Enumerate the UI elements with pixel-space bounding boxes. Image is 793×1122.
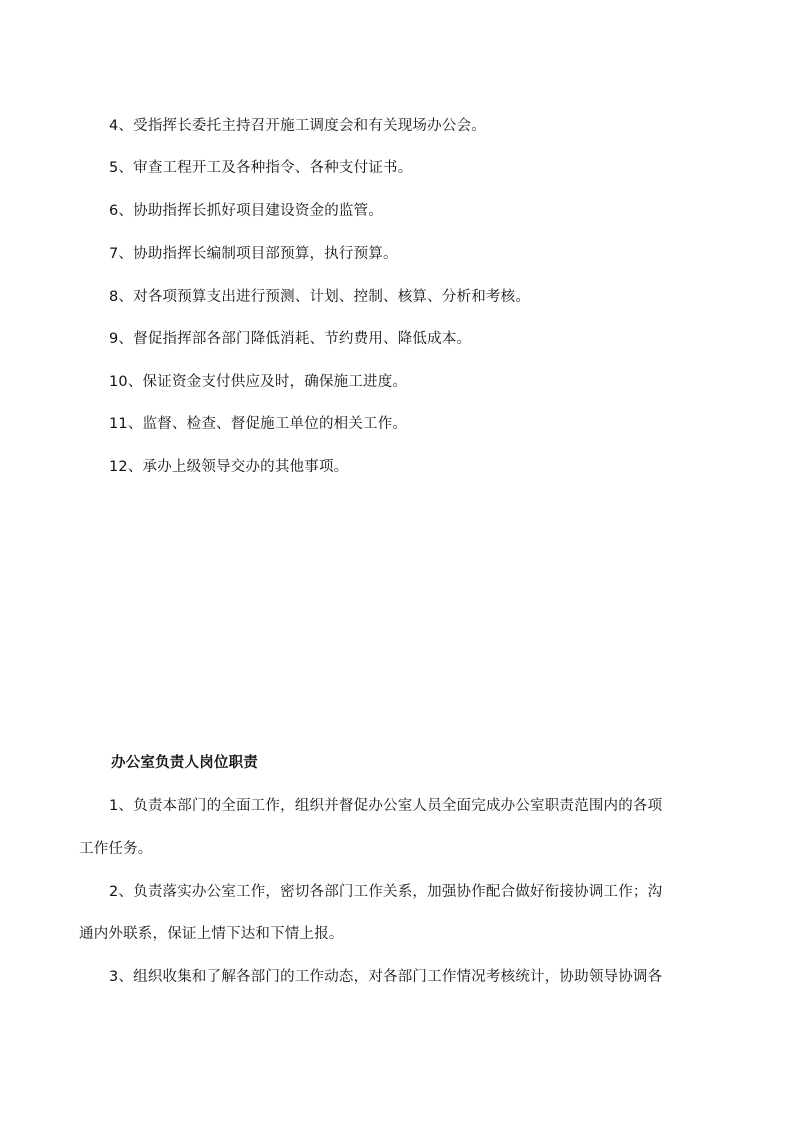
list-item: 8、对各项预算支出进行预测、计划、控制、核算、分析和考核。 <box>109 287 530 307</box>
list-item: 7、协助指挥长编制项目部预算，执行预算。 <box>109 244 398 264</box>
list-item: 12、承办上级领导交办的其他事项。 <box>109 457 348 477</box>
list-item: 6、协助指挥长抓好项目建设资金的监管。 <box>109 201 383 221</box>
list-item: 4、受指挥长委托主持召开施工调度会和有关现场办公会。 <box>109 116 486 136</box>
paragraph-line: 1、负责本部门的全面工作，组织并督促办公室人员全面完成办公室职责范围内的各项 <box>109 796 662 816</box>
paragraph-line: 通内外联系，保证上情下达和下情上报。 <box>79 924 344 944</box>
paragraph-line: 工作任务。 <box>79 839 153 859</box>
list-item: 5、审查工程开工及各种指令、各种支付证书。 <box>109 158 412 178</box>
section-heading: 办公室负责人岗位职责 <box>111 753 258 773</box>
paragraph-line: 3、组织收集和了解各部门的工作动态，对各部门工作情况考核统计，协助领导协调各 <box>109 967 662 987</box>
list-item: 9、督促指挥部各部门降低消耗、节约费用、降低成本。 <box>109 329 471 349</box>
list-item: 11、监督、检查、督促施工单位的相关工作。 <box>109 414 407 434</box>
list-item: 10、保证资金支付供应及时，确保施工进度。 <box>109 372 407 392</box>
paragraph-line: 2、负责落实办公室工作，密切各部门工作关系，加强协作配合做好衔接协调工作；沟 <box>109 882 662 902</box>
